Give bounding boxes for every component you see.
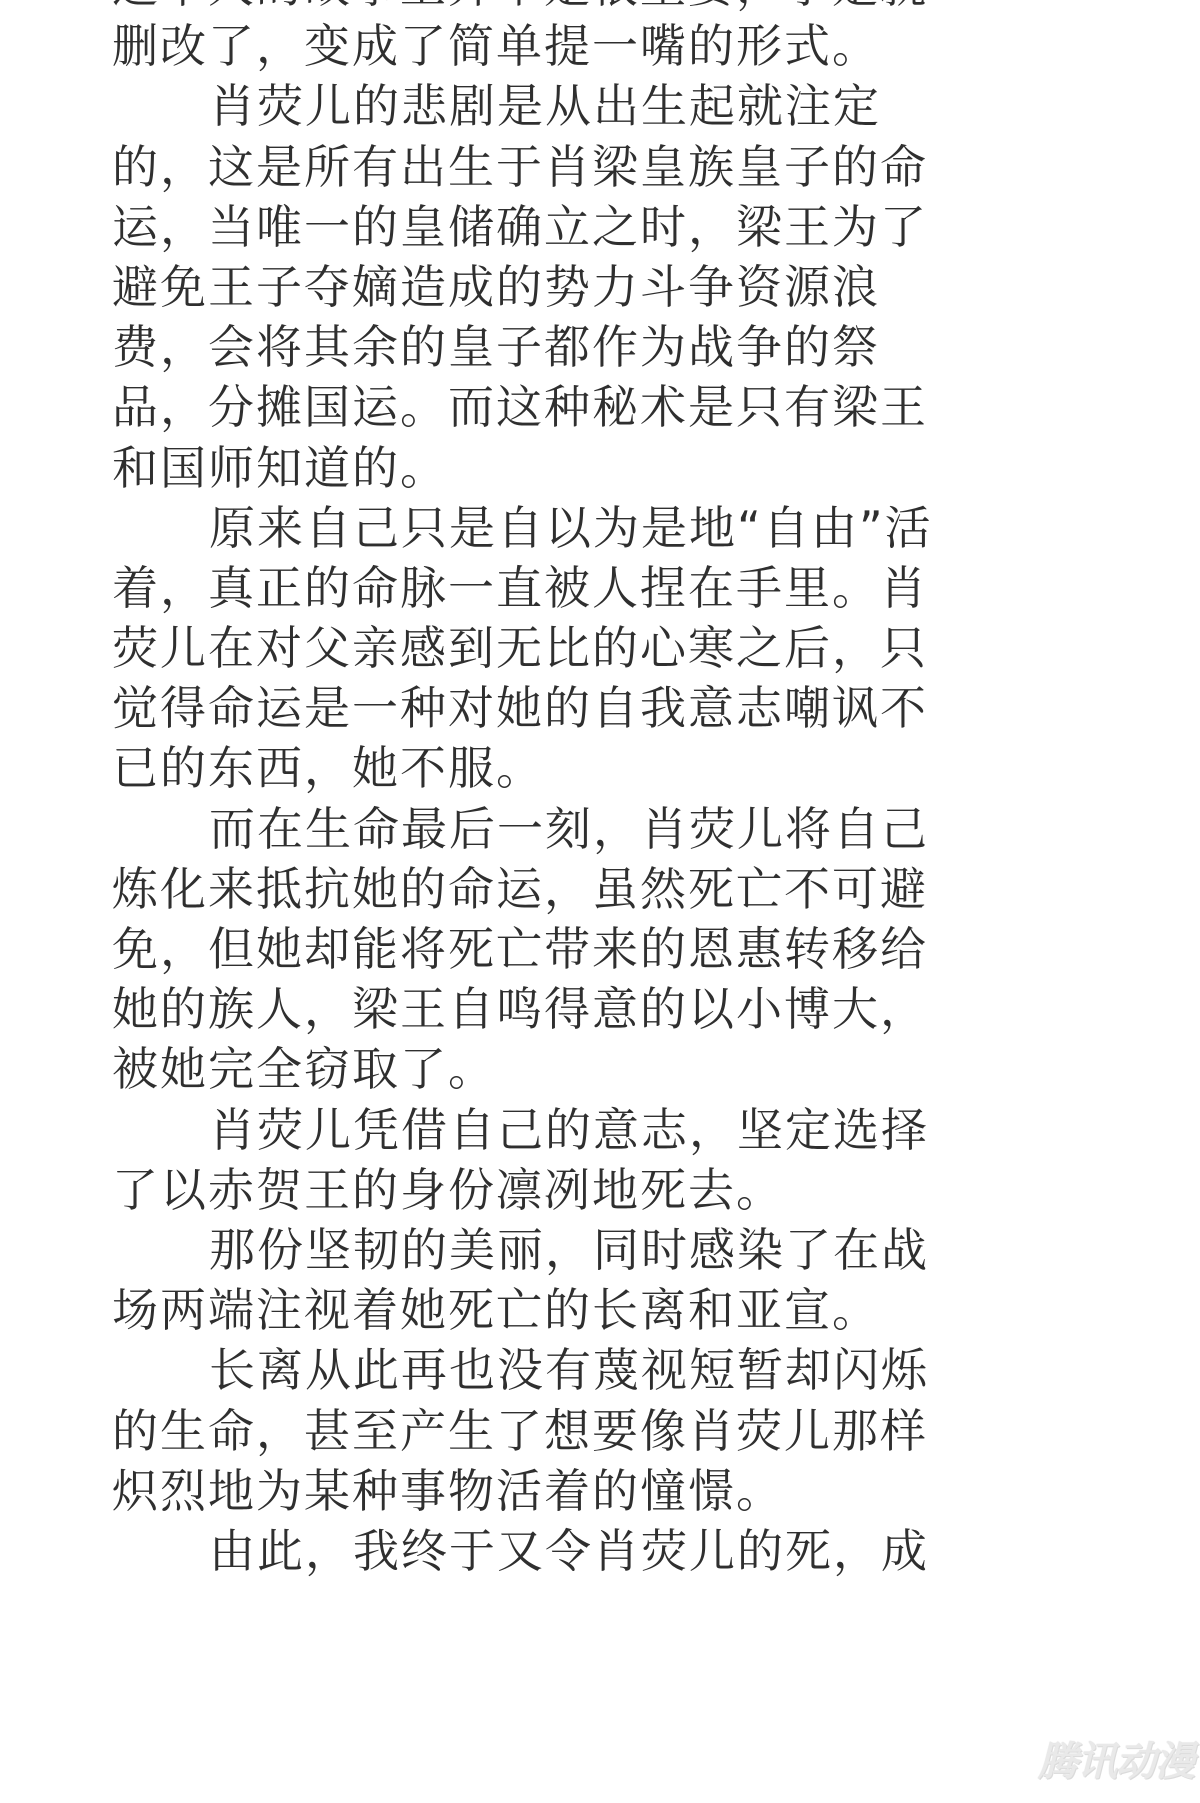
text-line: 炼化来抵抗她的命运，虽然死亡不可避 (112, 859, 942, 919)
paragraph-start-line: 那份坚韧的美丽，同时感染了在战 (112, 1220, 942, 1280)
text-line: 场两端注视着她死亡的长离和亚宣。 (112, 1280, 942, 1340)
text-line: 觉得命运是一种对她的自我意志嘲讽不 (112, 678, 942, 738)
text-line: 避免王子夺嫡造成的势力斗争资源浪 (112, 257, 942, 317)
text-line: 了以赤贺王的身份凛冽地死去。 (112, 1160, 942, 1220)
text-line: 的，这是所有出生于肖梁皇族皇子的命 (112, 137, 942, 197)
text-line: 炽烈地为某种事物活着的憧憬。 (112, 1461, 942, 1521)
paragraph-start-line: 原来自己只是自以为是地“自由”活 (112, 498, 942, 558)
text-line: 品，分摊国运。而这种秘术是只有梁王 (112, 377, 942, 437)
text-line: 着，真正的命脉一直被人捏在手里。肖 (112, 558, 942, 618)
text-line: 已的东西，她不服。 (112, 738, 942, 798)
text-line: 荧儿在对父亲感到无比的心寒之后，只 (112, 618, 942, 678)
paragraph-start-line: 长离从此再也没有蔑视短暂却闪烁 (112, 1340, 942, 1400)
document-page: 这个人的故事上并不是很重要，于是就 删改了，变成了简单提一嘴的形式。 肖荧儿的悲… (0, 0, 1200, 1803)
paragraph-start-line: 肖荧儿凭借自己的意志，坚定选择 (112, 1100, 942, 1160)
paragraph-start-line: 肖荧儿的悲剧是从出生起就注定 (112, 76, 942, 136)
text-line: 删改了，变成了简单提一嘴的形式。 (112, 16, 942, 76)
text-line: 的生命，甚至产生了想要像肖荧儿那样 (112, 1401, 942, 1461)
text-line: 她的族人，梁王自鸣得意的以小博大， (112, 979, 942, 1039)
text-line: 这个人的故事上并不是很重要，于是就 (112, 0, 942, 16)
text-line: 费，会将其余的皇子都作为战争的祭 (112, 317, 942, 377)
text-line: 免，但她却能将死亡带来的恩惠转移给 (112, 919, 942, 979)
article-body: 这个人的故事上并不是很重要，于是就 删改了，变成了简单提一嘴的形式。 肖荧儿的悲… (112, 0, 942, 1581)
paragraph-start-line: 而在生命最后一刻，肖荧儿将自己 (112, 799, 942, 859)
text-line: 和国师知道的。 (112, 438, 942, 498)
text-line: 被她完全窃取了。 (112, 1039, 942, 1099)
tencent-comics-watermark: 腾讯动漫 (1038, 1730, 1194, 1787)
paragraph-start-line: 由此，我终于又令肖荧儿的死，成 (112, 1521, 942, 1581)
text-line: 运，当唯一的皇储确立之时，梁王为了 (112, 197, 942, 257)
